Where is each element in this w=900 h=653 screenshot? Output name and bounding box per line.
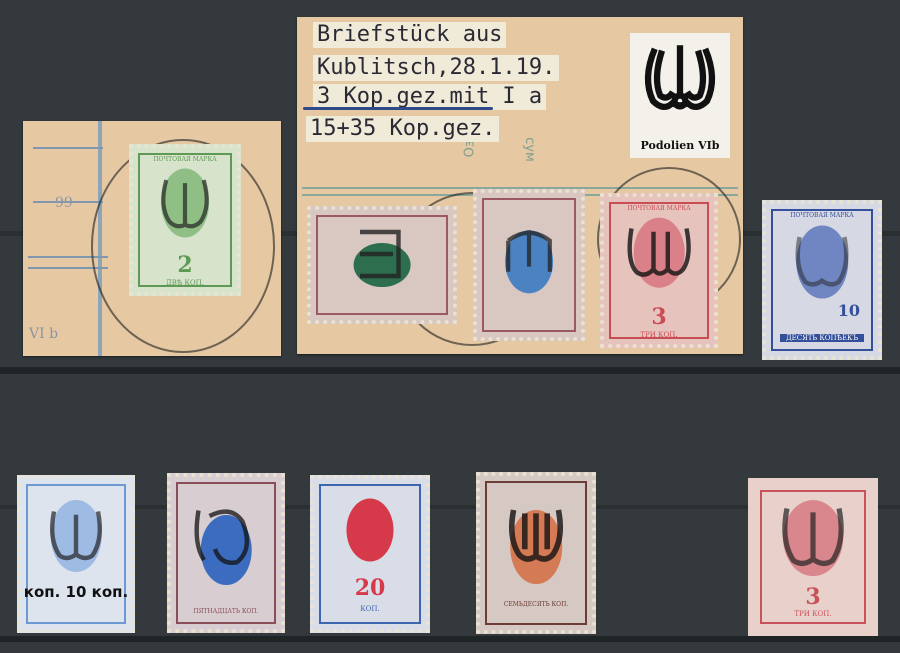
coat-of-arms	[783, 500, 843, 576]
stamp-70kop[interactable]: СЕМЬДЕСЯТЬ КОП.	[476, 472, 596, 634]
type-label-card: Podolien VIb	[630, 33, 730, 158]
stamp-label: ТРИ КОП.	[604, 331, 714, 339]
stamp-2kop-green[interactable]: ПОЧТОВАЯ МАРКА 2 ДВѢ КОП.	[129, 144, 241, 296]
coat-of-arms	[201, 515, 252, 585]
label-line: Kublitsch,28.1.19.	[313, 55, 559, 81]
blue-line	[28, 256, 108, 258]
stamp-3kop-imperf[interactable]: 3 ТРИ КОП.	[748, 478, 878, 636]
stamp-label: КОП.	[314, 605, 426, 613]
stamp-3kop-perf[interactable]: ПОЧТОВАЯ МАРКА 3 ТРИ КОП.	[600, 193, 718, 348]
stamp-top-text: ПОЧТОВАЯ МАРКА	[604, 205, 714, 212]
side-print: сум	[522, 137, 537, 162]
coat-of-arms	[161, 168, 209, 237]
stamp-label: ПЯТНАДЦАТЬ КОП.	[171, 608, 281, 615]
stamp-value: 10	[766, 301, 878, 320]
coat-of-arms	[510, 510, 562, 584]
pencil-mark: 99	[55, 195, 73, 211]
coat-of-arms	[505, 230, 553, 293]
coat-of-arms	[346, 499, 393, 562]
stamp-top-text: ПОЧТОВАЯ МАРКА	[133, 156, 237, 163]
label-line: 15+35 Kop.gez.	[306, 116, 499, 142]
blue-line	[98, 121, 102, 356]
trident-icon	[635, 36, 725, 121]
coat-of-arms	[634, 218, 685, 289]
stamp-10kop-surcharge[interactable]: коп. 10 коп.	[17, 475, 135, 633]
stamp-label: ТРИ КОП.	[748, 610, 878, 618]
surcharge: коп. 10 коп.	[21, 583, 131, 601]
type-label: Podolien VIb	[630, 139, 730, 152]
stamp-15kop-loose[interactable]: ПЯТНАДЦАТЬ КОП.	[167, 473, 285, 633]
stamp-label: СЕМЬДЕСЯТЬ КОП.	[480, 601, 592, 608]
blue-line	[28, 267, 108, 269]
stamp-label: ДВѢ КОП.	[133, 279, 237, 287]
stamp-15kop[interactable]	[473, 189, 585, 341]
stamp-value: 3	[604, 304, 714, 330]
stamp-top-text: ПОЧТОВАЯ МАРКА	[766, 212, 878, 219]
coat-of-arms	[51, 500, 102, 572]
stamp-35kop[interactable]	[307, 206, 457, 324]
pencil-note: VI b	[29, 326, 58, 342]
coat-of-arms	[354, 243, 411, 287]
blue-line	[33, 147, 103, 149]
stamp-value: 20	[314, 575, 426, 601]
stamp-20kop[interactable]: 20 КОП.	[310, 475, 430, 633]
stamp-value: 3	[748, 584, 878, 610]
stamp-10kop-blue[interactable]: ПОЧТОВАЯ МАРКА 10 ДЕСЯТЬ КОПѢЕКЪ	[762, 200, 882, 360]
album-strip	[0, 367, 900, 374]
coat-of-arms	[796, 225, 848, 298]
label-line: Briefstück aus	[313, 22, 506, 48]
album-strip	[0, 636, 900, 642]
blue-underline	[303, 107, 493, 110]
stamp-value: 2	[133, 252, 237, 278]
stamp-label: ДЕСЯТЬ КОПѢЕКЪ	[780, 334, 864, 342]
